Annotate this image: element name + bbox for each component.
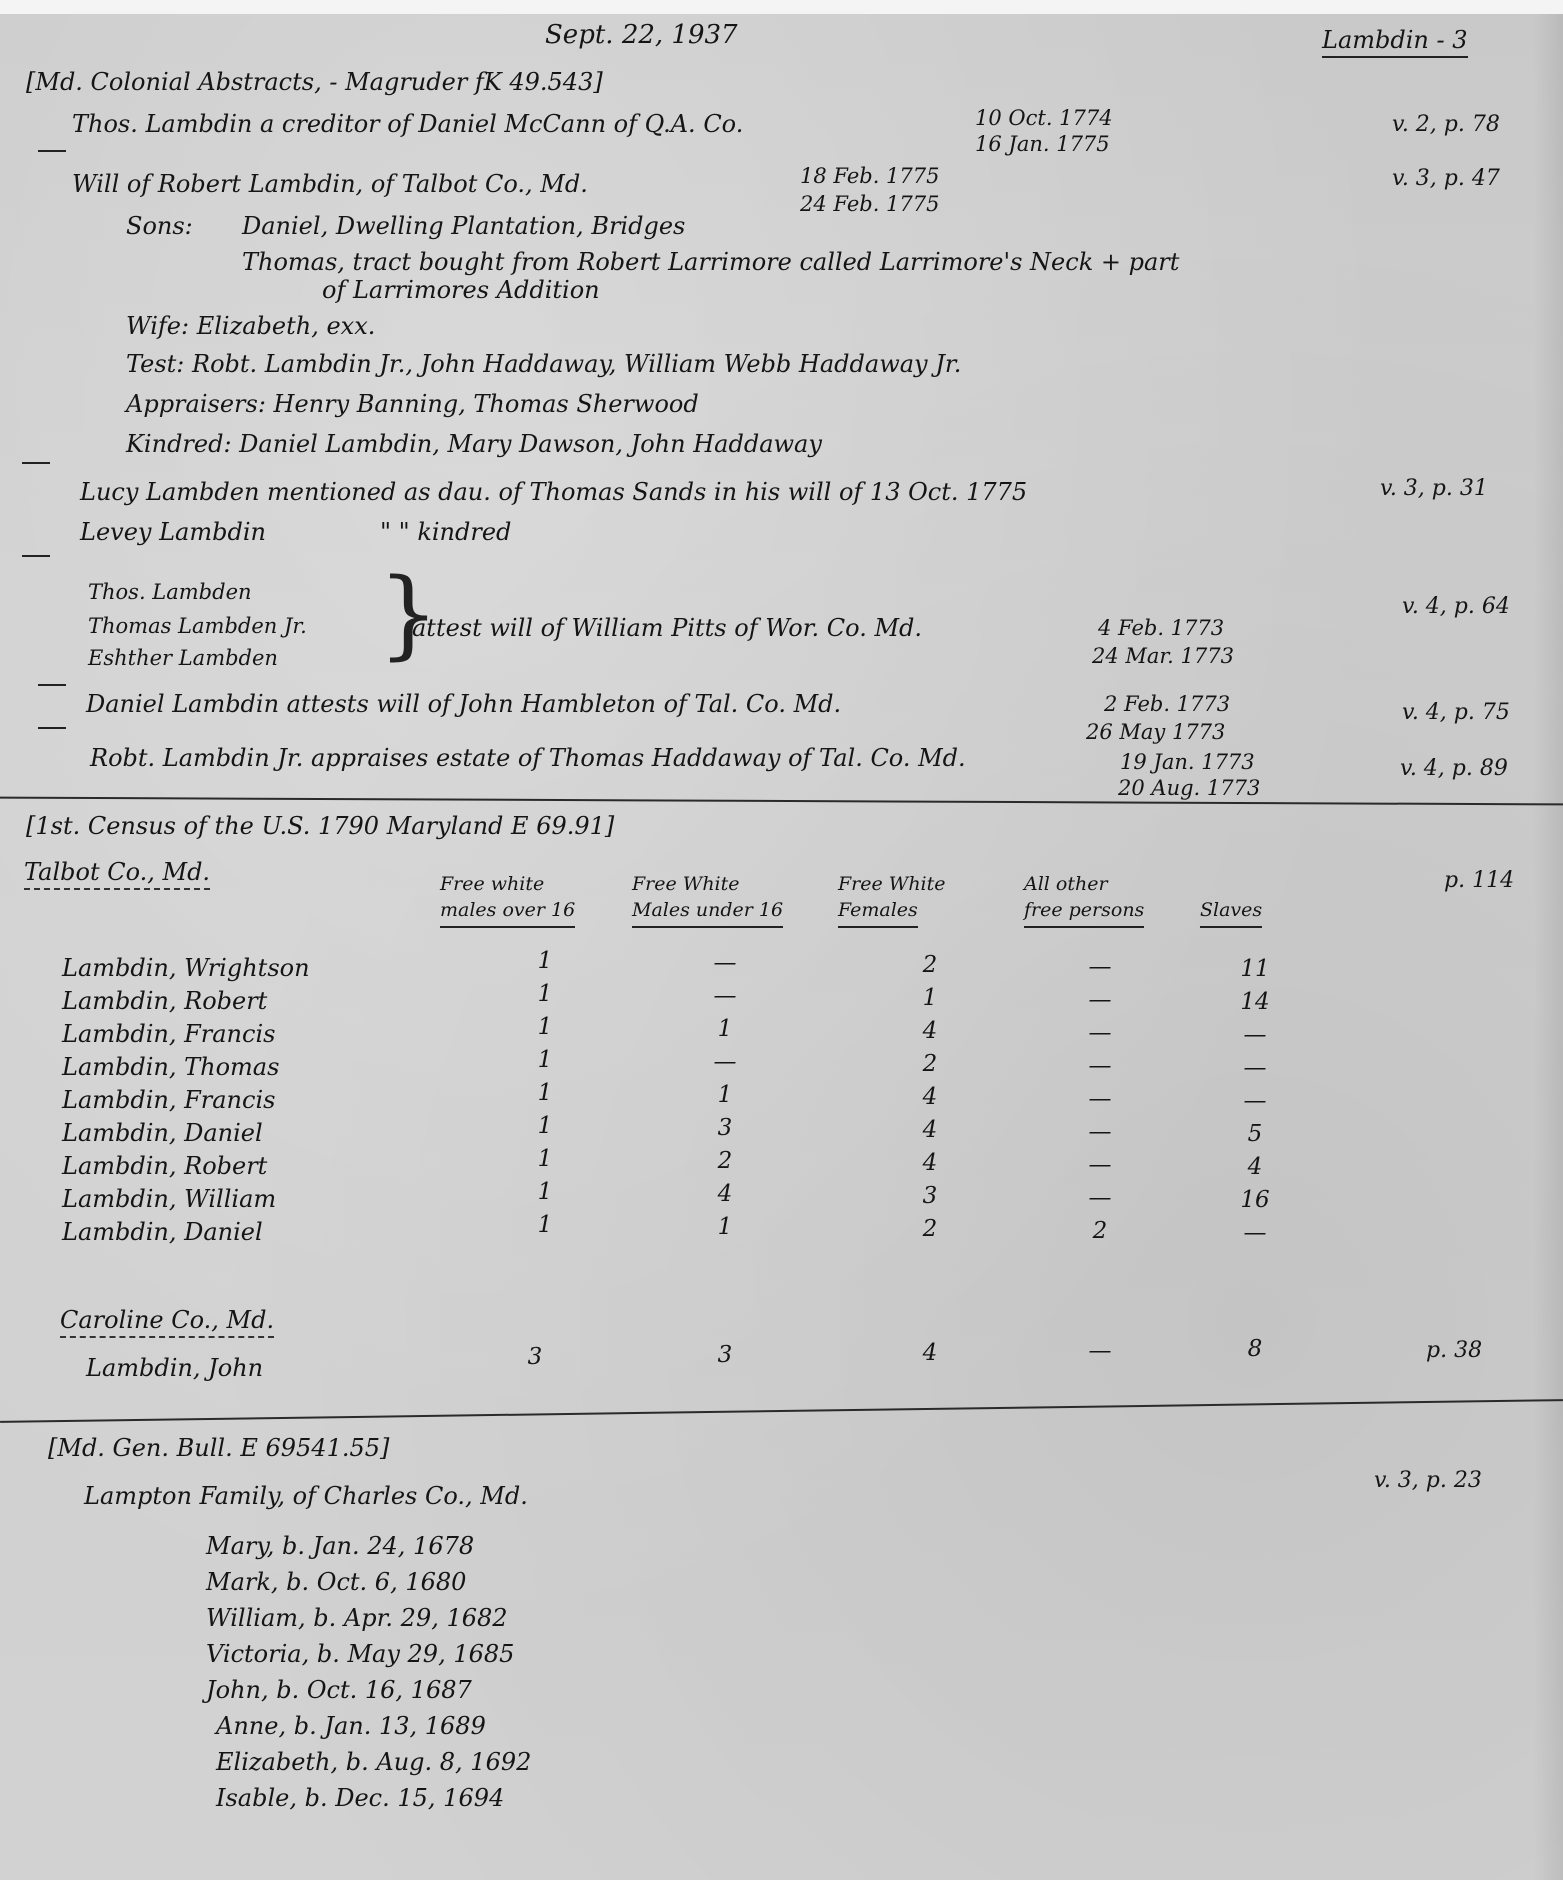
census-cell: 1 bbox=[705, 1214, 745, 1240]
census-page-ref: p. 114 bbox=[1444, 868, 1514, 893]
census-name: Lambdin, John bbox=[86, 1356, 263, 1380]
census-column-header: All otherfree persons bbox=[1024, 872, 1144, 928]
census-cell: 3 bbox=[910, 1183, 950, 1209]
section3-source: [Md. Gen. Bull. E 69541.55] bbox=[48, 1436, 389, 1460]
census-cell: 4 bbox=[910, 1117, 950, 1143]
census-column-header: Slaves bbox=[1200, 872, 1262, 928]
lucy-entry: Lucy Lambden mentioned as dau. of Thomas… bbox=[80, 480, 1027, 504]
levey-ditto: " " kindred bbox=[380, 520, 511, 544]
census-cell: 8 bbox=[1235, 1336, 1275, 1362]
child-birth-record: Elizabeth, b. Aug. 8, 1692 bbox=[216, 1750, 531, 1774]
volume-page-ref: v. 2, p. 78 bbox=[1392, 112, 1500, 137]
will-wife: Wife: Elizabeth, exx. bbox=[126, 314, 375, 338]
entry-date: 24 Feb. 1775 bbox=[800, 194, 939, 215]
pitts-entry: attest will of William Pitts of Wor. Co.… bbox=[412, 616, 922, 640]
entry-date: 16 Jan. 1775 bbox=[975, 134, 1110, 155]
will-sons-daniel: Daniel, Dwelling Plantation, Bridges bbox=[242, 214, 685, 238]
family-heading: Lampton Family, of Charles Co., Md. bbox=[84, 1484, 528, 1508]
census-cell: 2 bbox=[1080, 1218, 1120, 1244]
entry-text: Will of Robert Lambdin, of Talbot Co., M… bbox=[72, 172, 588, 196]
child-birth-record: Mary, b. Jan. 24, 1678 bbox=[206, 1534, 474, 1558]
entry-date: 20 Aug. 1773 bbox=[1118, 778, 1260, 799]
census-cell: 1 bbox=[525, 948, 565, 974]
census-cell: 4 bbox=[910, 1340, 950, 1366]
county-heading: Caroline Co., Md. bbox=[60, 1308, 274, 1338]
census-cell: 1 bbox=[525, 1113, 565, 1139]
entry-text: Thos. Lambdin a creditor of Daniel McCan… bbox=[72, 112, 743, 136]
census-cell: — bbox=[1080, 954, 1120, 980]
levey-name: Levey Lambdin bbox=[80, 520, 266, 544]
entry-date: 26 May 1773 bbox=[1086, 722, 1225, 743]
will-test: Test: Robt. Lambdin Jr., John Haddaway, … bbox=[126, 352, 961, 376]
census-cell: 1 bbox=[525, 1212, 565, 1238]
child-birth-record: Anne, b. Jan. 13, 1689 bbox=[216, 1714, 486, 1738]
census-cell: 4 bbox=[705, 1181, 745, 1207]
census-cell: 16 bbox=[1235, 1187, 1275, 1213]
volume-page-ref: v. 4, p. 89 bbox=[1400, 756, 1508, 781]
page-date: Sept. 22, 1937 bbox=[545, 22, 738, 48]
child-birth-record: Isable, b. Dec. 15, 1694 bbox=[216, 1786, 504, 1810]
census-name: Lambdin, Daniel bbox=[62, 1220, 263, 1244]
census-cell: — bbox=[1080, 1053, 1120, 1079]
census-name: Lambdin, Wrightson bbox=[62, 956, 310, 980]
volume-page-ref: v. 3, p. 47 bbox=[1392, 166, 1500, 191]
census-name: Lambdin, Robert bbox=[62, 1154, 267, 1178]
census-cell: — bbox=[1235, 1022, 1275, 1048]
haddaway-entry: Robt. Lambdin Jr. appraises estate of Th… bbox=[90, 746, 966, 770]
census-cell: 3 bbox=[705, 1342, 745, 1368]
census-page-ref: p. 38 bbox=[1426, 1338, 1482, 1363]
census-cell: 11 bbox=[1235, 956, 1275, 982]
census-cell: 4 bbox=[910, 1018, 950, 1044]
census-name: Lambdin, Francis bbox=[62, 1088, 275, 1112]
will-sons-thomas-cont: of Larrimores Addition bbox=[322, 278, 600, 302]
census-cell: 1 bbox=[525, 981, 565, 1007]
census-cell: 4 bbox=[1235, 1154, 1275, 1180]
volume-page-ref: v. 4, p. 75 bbox=[1402, 700, 1510, 725]
census-cell: 2 bbox=[910, 1216, 950, 1242]
entry-date: 18 Feb. 1775 bbox=[800, 166, 939, 187]
census-cell: — bbox=[1080, 987, 1120, 1013]
census-cell: 2 bbox=[910, 1051, 950, 1077]
will-kindred: Kindred: Daniel Lambdin, Mary Dawson, Jo… bbox=[126, 432, 822, 456]
entry-dash bbox=[38, 150, 66, 152]
census-cell: — bbox=[705, 1049, 745, 1075]
census-cell: 1 bbox=[705, 1082, 745, 1108]
census-cell: 3 bbox=[705, 1115, 745, 1141]
census-cell: 2 bbox=[910, 952, 950, 978]
census-cell: 14 bbox=[1235, 989, 1275, 1015]
child-birth-record: Victoria, b. May 29, 1685 bbox=[206, 1642, 514, 1666]
child-birth-record: John, b. Oct. 16, 1687 bbox=[206, 1678, 472, 1702]
census-cell: — bbox=[1080, 1185, 1120, 1211]
census-name: Lambdin, Francis bbox=[62, 1022, 275, 1046]
pitts-name: Thomas Lambden Jr. bbox=[88, 616, 307, 637]
census-cell: 5 bbox=[1235, 1121, 1275, 1147]
pitts-name: Eshther Lambden bbox=[88, 648, 278, 669]
entry-dash bbox=[22, 462, 50, 464]
will-sons-thomas: Thomas, tract bought from Robert Larrimo… bbox=[242, 250, 1179, 274]
census-cell: — bbox=[1235, 1055, 1275, 1081]
census-cell: 1 bbox=[525, 1179, 565, 1205]
census-cell: 1 bbox=[705, 1016, 745, 1042]
census-cell: 4 bbox=[910, 1084, 950, 1110]
census-cell: 1 bbox=[910, 985, 950, 1011]
will-sons-label: Sons: bbox=[126, 214, 193, 238]
census-cell: — bbox=[1080, 1152, 1120, 1178]
census-cell: 4 bbox=[910, 1150, 950, 1176]
entry-dash bbox=[38, 684, 66, 686]
census-cell: — bbox=[705, 950, 745, 976]
entry-date: 4 Feb. 1773 bbox=[1098, 618, 1224, 639]
entry-date: 10 Oct. 1774 bbox=[975, 108, 1113, 129]
census-cell: 1 bbox=[525, 1014, 565, 1040]
census-cell: — bbox=[1080, 1338, 1120, 1364]
census-cell: 2 bbox=[705, 1148, 745, 1174]
handwritten-notes-page bbox=[0, 14, 1563, 1880]
entry-date: 19 Jan. 1773 bbox=[1120, 752, 1255, 773]
county-heading: Talbot Co., Md. bbox=[24, 860, 210, 890]
child-birth-record: William, b. Apr. 29, 1682 bbox=[206, 1606, 508, 1630]
census-cell: — bbox=[1080, 1119, 1120, 1145]
section1-source: [Md. Colonial Abstracts, - Magruder fK 4… bbox=[26, 70, 603, 94]
census-name: Lambdin, Thomas bbox=[62, 1055, 279, 1079]
hambleton-entry: Daniel Lambdin attests will of John Hamb… bbox=[86, 692, 841, 716]
census-cell: 3 bbox=[515, 1344, 555, 1370]
volume-page-ref: v. 4, p. 64 bbox=[1402, 594, 1510, 619]
census-cell: 1 bbox=[525, 1080, 565, 1106]
census-name: Lambdin, Robert bbox=[62, 989, 267, 1013]
census-column-header: Free WhiteFemales bbox=[838, 872, 946, 928]
pitts-name: Thos. Lambden bbox=[88, 582, 252, 603]
will-appraisers: Appraisers: Henry Banning, Thomas Sherwo… bbox=[126, 392, 699, 416]
census-cell: — bbox=[705, 983, 745, 1009]
entry-date: 24 Mar. 1773 bbox=[1092, 646, 1234, 667]
census-cell: — bbox=[1080, 1086, 1120, 1112]
census-cell: — bbox=[1235, 1088, 1275, 1114]
census-cell: 1 bbox=[525, 1146, 565, 1172]
entry-date: 2 Feb. 1773 bbox=[1104, 694, 1230, 715]
page-label: Lambdin - 3 bbox=[1322, 28, 1468, 58]
census-name: Lambdin, Daniel bbox=[62, 1121, 263, 1145]
entry-dash bbox=[22, 555, 50, 557]
volume-page-ref: v. 3, p. 31 bbox=[1380, 476, 1488, 501]
entry-dash bbox=[38, 727, 66, 729]
census-column-header: Free whitemales over 16 bbox=[440, 872, 575, 928]
child-birth-record: Mark, b. Oct. 6, 1680 bbox=[206, 1570, 466, 1594]
census-cell: 1 bbox=[525, 1047, 565, 1073]
census-name: Lambdin, William bbox=[62, 1187, 276, 1211]
census-cell: — bbox=[1235, 1220, 1275, 1246]
volume-page-ref: v. 3, p. 23 bbox=[1374, 1468, 1482, 1493]
census-column-header: Free WhiteMales under 16 bbox=[632, 872, 783, 928]
section2-source: [1st. Census of the U.S. 1790 Maryland E… bbox=[26, 814, 614, 838]
census-cell: — bbox=[1080, 1020, 1120, 1046]
